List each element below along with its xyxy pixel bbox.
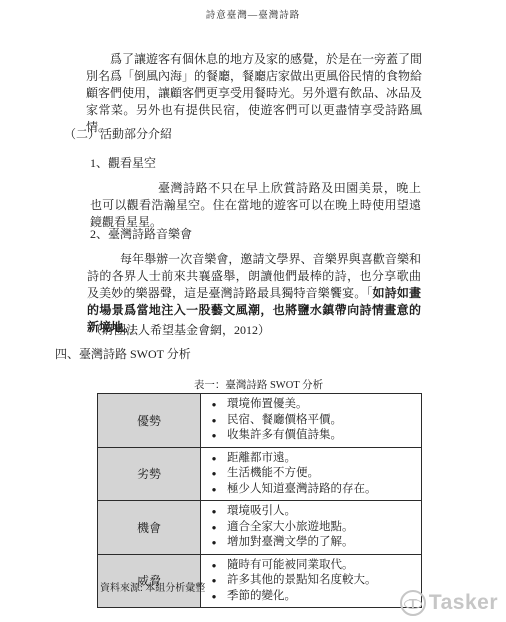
swot-item-text: 環境吸引人。 (227, 504, 296, 520)
swot-item: ●生活機能不方便。 (201, 466, 417, 482)
swot-row-label: 優勢 (98, 394, 201, 447)
bullet-icon: ● (201, 520, 227, 536)
swot-item: ●收集許多有價值詩集。 (201, 428, 417, 444)
swot-item-text: 極少人知道臺灣詩路的存在。 (227, 482, 377, 498)
swot-row-label: 機會 (98, 501, 201, 554)
bullet-icon: ● (201, 451, 227, 467)
swot-item-text: 生活機能不方便。 (227, 466, 319, 482)
swot-item-text: 距離都市遠。 (227, 451, 296, 467)
concert-citation: （財團法人希望基金會網，2012） (90, 322, 421, 339)
swot-row-label: 劣勢 (98, 448, 201, 501)
bullet-icon: ● (201, 466, 227, 482)
table-caption: 表一：臺灣詩路 SWOT 分析 (97, 377, 420, 392)
stargazing-paragraph: 臺灣詩路不只在早上欣賞詩路及田園美景，晚上也可以觀看浩瀚星空。住在當地的遊客可以… (90, 180, 421, 231)
bullet-icon: ● (201, 428, 227, 444)
swot-table-row: 優勢●環境佈置優美。●民宿、餐廳價格平價。●收集許多有價值詩集。 (98, 394, 421, 448)
heading-concert: 2、臺灣詩路音樂會 (90, 225, 192, 242)
swot-item: ●極少人知道臺灣詩路的存在。 (201, 482, 417, 498)
swot-row-items: ●距離都市遠。●生活機能不方便。●極少人知道臺灣詩路的存在。 (201, 448, 421, 501)
swot-item-text: 季節的變化。 (227, 589, 296, 605)
swot-item-text: 收集許多有價值詩集。 (227, 428, 342, 444)
swot-row-items: ●環境佈置優美。●民宿、餐廳價格平價。●收集許多有價值詩集。 (201, 394, 421, 447)
swot-item-text: 環境佈置優美。 (227, 397, 308, 413)
swot-item: ●季節的變化。 (201, 589, 417, 605)
bullet-icon: ● (201, 535, 227, 551)
bullet-icon: ● (201, 397, 227, 413)
swot-item-text: 許多其他的景點知名度較大。 (227, 573, 377, 589)
swot-table-row: 機會●環境吸引人。●適合全家大小旅遊地點。●增加對臺灣文學的了解。 (98, 501, 421, 555)
tasker-watermark-text: Tasker (429, 591, 498, 615)
page-header-title: 詩意臺灣—臺灣詩路 (0, 7, 506, 21)
swot-table: 優勢●環境佈置優美。●民宿、餐廳價格平價。●收集許多有價值詩集。劣勢●距離都市遠… (97, 393, 422, 608)
swot-item: ●增加對臺灣文學的了解。 (201, 535, 417, 551)
concert-text-normal: 每年舉辦一次音樂會，邀請文學界、音樂界與喜歡音樂和詩的各界人士前來共襄盛舉，朗讀… (87, 252, 421, 300)
swot-row-items: ●環境吸引人。●適合全家大小旅遊地點。●增加對臺灣文學的了解。 (201, 501, 421, 554)
bullet-icon: ● (201, 504, 227, 520)
swot-item-text: 適合全家大小旅遊地點。 (227, 520, 354, 536)
restaurant-paragraph: 爲了讓遊客有個休息的地方及家的感覺，於是在一旁蓋了間別名爲「倒風內海」的餐廳，餐… (86, 51, 422, 136)
swot-item: ●許多其他的景點知名度較大。 (201, 573, 417, 589)
swot-item: ●距離都市遠。 (201, 451, 417, 467)
heading-swot-analysis: 四、臺灣詩路 SWOT 分析 (55, 345, 191, 362)
swot-item: ●適合全家大小旅遊地點。 (201, 520, 417, 536)
swot-row-items: ●隨時有可能被同業取代。●許多其他的景點知名度較大。●季節的變化。 (201, 555, 421, 608)
swot-item-text: 增加對臺灣文學的了解。 (227, 535, 354, 551)
tasker-watermark: T Tasker (400, 590, 498, 616)
heading-stargazing: 1、觀看星空 (90, 154, 156, 171)
table-source-note: 資料來源: 本組分析彙整 (100, 579, 205, 594)
bullet-icon: ● (201, 482, 227, 498)
swot-item: ●環境吸引人。 (201, 504, 417, 520)
swot-table-row: 劣勢●距離都市遠。●生活機能不方便。●極少人知道臺灣詩路的存在。 (98, 448, 421, 502)
tasker-globe-icon: T (400, 590, 426, 616)
swot-item: ●隨時有可能被同業取代。 (201, 558, 417, 574)
bullet-icon: ● (201, 413, 227, 429)
swot-item: ●民宿、餐廳價格平價。 (201, 413, 417, 429)
swot-item: ●環境佈置優美。 (201, 397, 417, 413)
bullet-icon: ● (201, 558, 227, 574)
heading-activity-section: （二）活動部分介紹 (64, 125, 172, 142)
swot-item-text: 隨時有可能被同業取代。 (227, 558, 354, 574)
swot-item-text: 民宿、餐廳價格平價。 (227, 413, 342, 429)
document-page: 詩意臺灣—臺灣詩路 爲了讓遊客有個休息的地方及家的感覺，於是在一旁蓋了間別名爲「… (0, 0, 506, 622)
